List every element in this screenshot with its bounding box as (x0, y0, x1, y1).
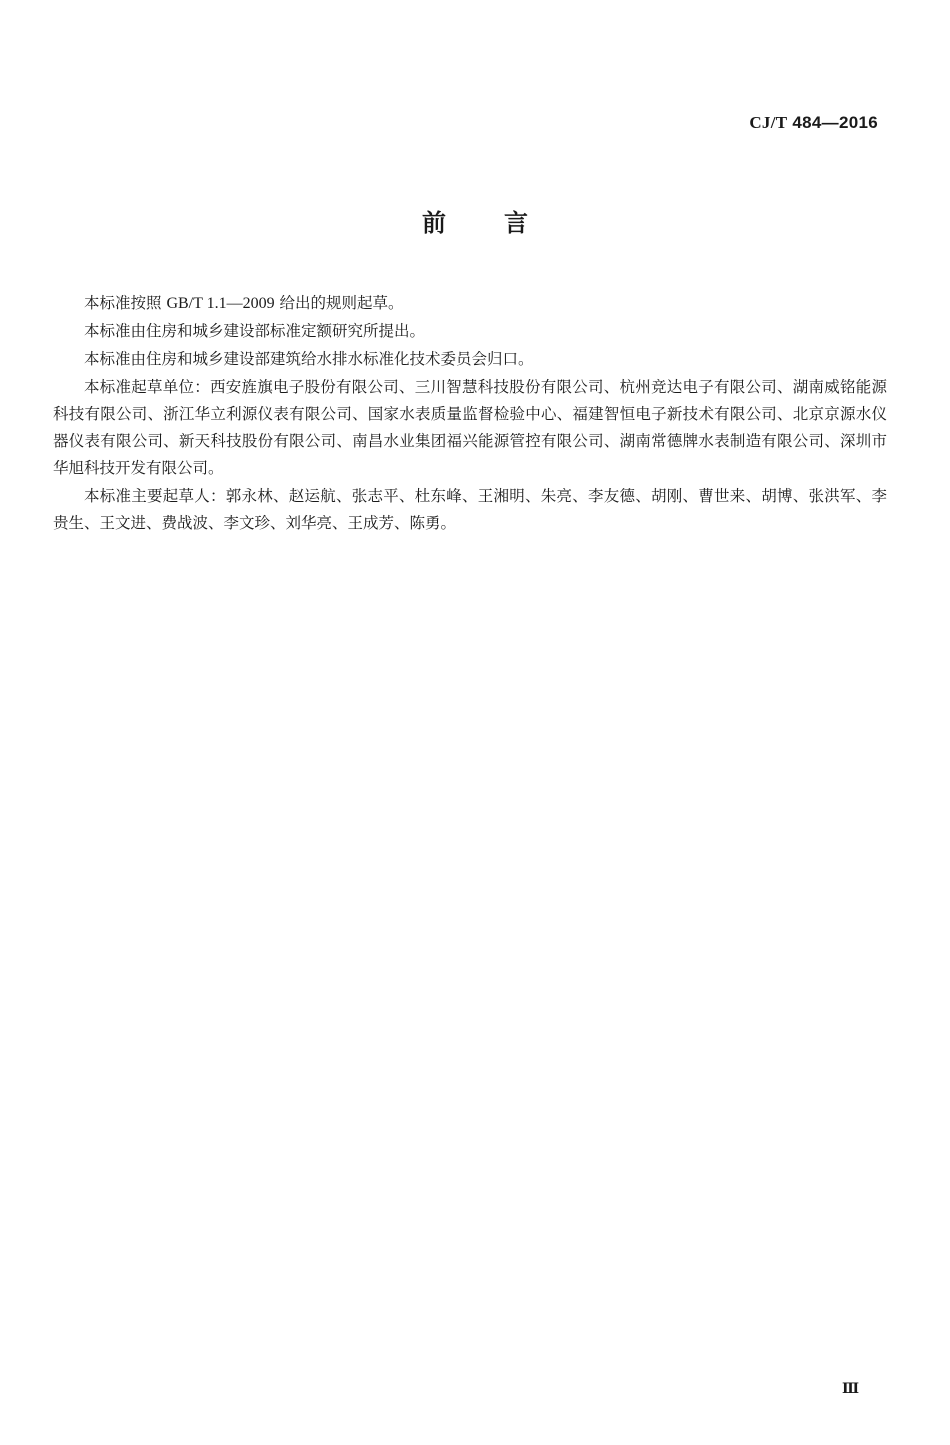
standard-reference: GB/T 1.1—2009 (166, 295, 274, 312)
paragraph-drafters: 本标准主要起草人：郭永林、赵运航、张志平、杜东峰、王湘明、朱亮、李友德、胡刚、曹… (53, 483, 887, 537)
paragraph-drafting-rules: 本标准按照 GB/T 1.1—2009 给出的规则起草。 (53, 290, 887, 317)
paragraph-lead: 本标准按照 (84, 294, 166, 312)
paragraph-proposer: 本标准由住房和城乡建设部标准定额研究所提出。 (53, 318, 887, 345)
standard-number: 484—2016 (792, 113, 878, 132)
paragraph-administrator: 本标准由住房和城乡建设部建筑给水排水标准化技术委员会归口。 (53, 346, 887, 373)
standard-code: CJ/T 484—2016 (749, 113, 878, 133)
paragraph-drafting-units: 本标准起草单位：西安旌旗电子股份有限公司、三川智慧科技股份有限公司、杭州竞达电子… (53, 374, 887, 482)
standard-prefix: CJ/T (749, 113, 787, 132)
foreword-body: 本标准按照 GB/T 1.1—2009 给出的规则起草。 本标准由住房和城乡建设… (53, 290, 887, 538)
page-title: 前言 (0, 203, 950, 238)
page-number: Ⅲ (842, 1381, 859, 1398)
paragraph-tail: 给出的规则起草。 (275, 294, 404, 312)
